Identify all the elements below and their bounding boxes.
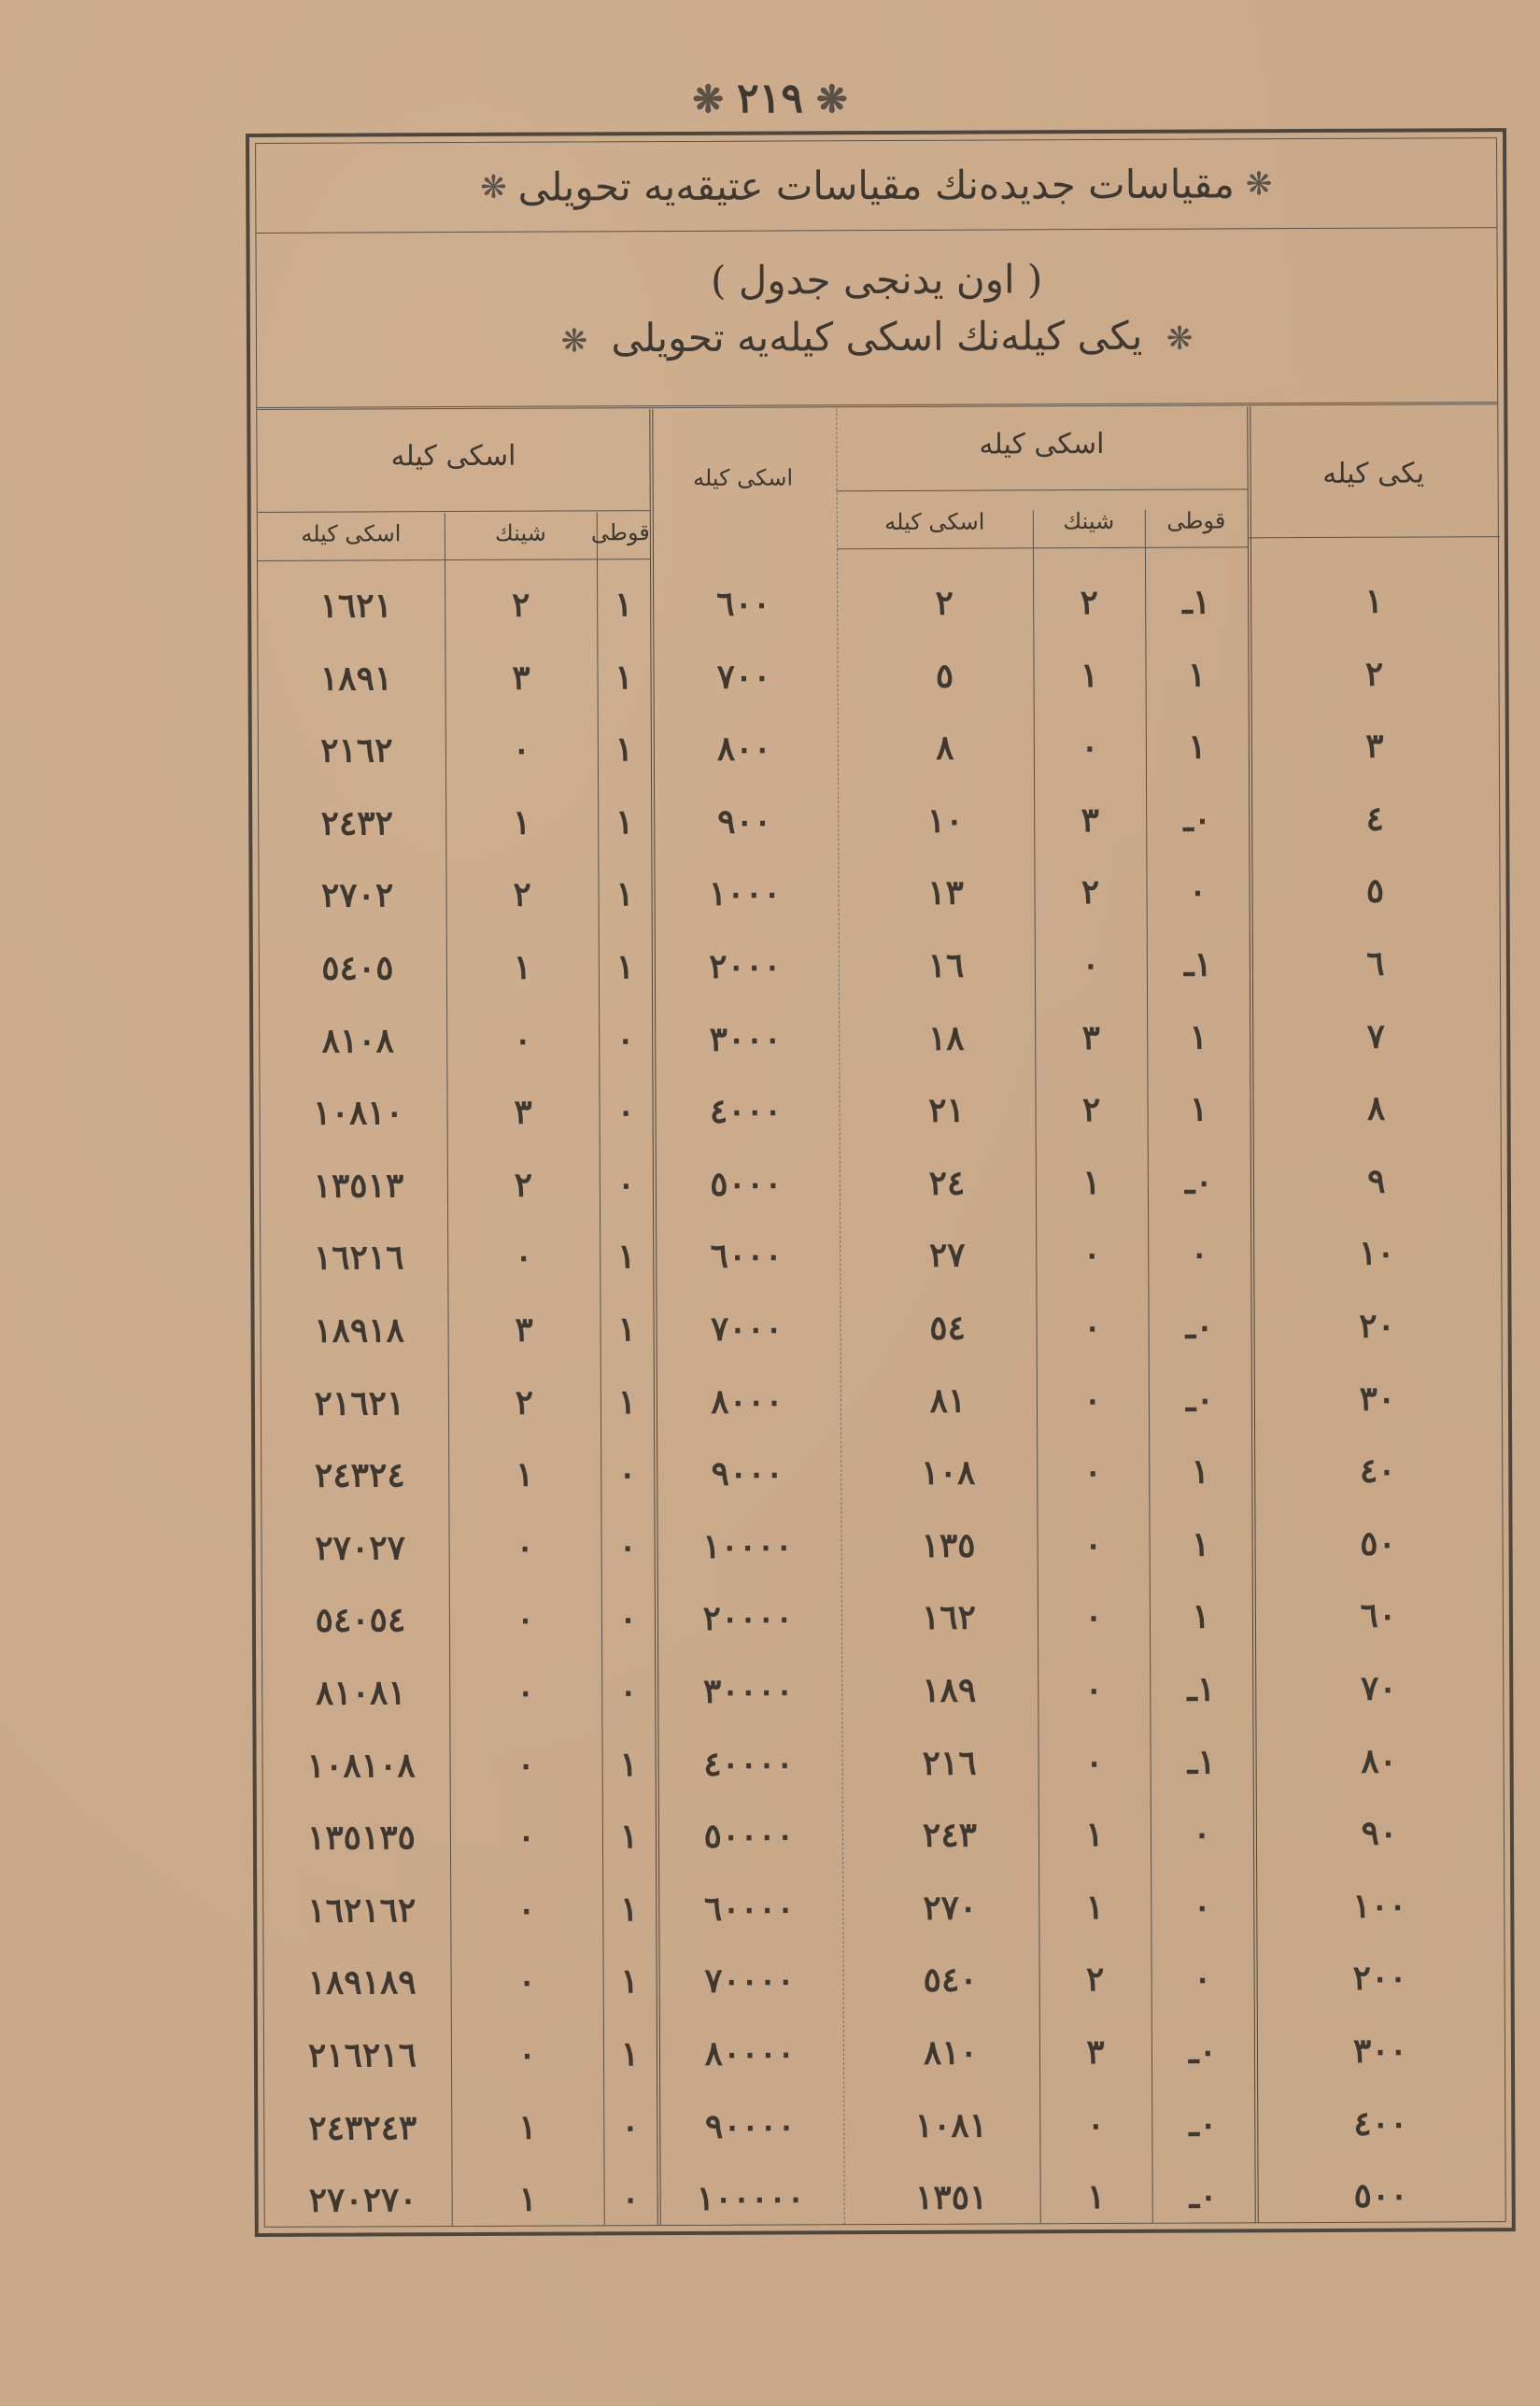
cell-yeni: ٣٠٠	[1273, 2014, 1488, 2088]
cell-eski: ٢١	[857, 1074, 1035, 1148]
cell-eski: ٢٤	[858, 1146, 1036, 1220]
cell-yeni: ٨	[1268, 1071, 1483, 1145]
cell-kutu: ٠ـ	[1148, 1290, 1250, 1363]
header-eski-kile-middle: اسکی کیله	[650, 464, 837, 491]
cell-yeni2: ٩٠٠	[660, 785, 828, 858]
cell-kutu: ١ـ	[1150, 1725, 1252, 1798]
header-kutu-right: قوطی	[1145, 507, 1248, 533]
cell-eski: ١٠	[856, 784, 1034, 857]
cell-kutu2: ١	[598, 858, 651, 931]
cell-yeni: ٥	[1267, 855, 1482, 928]
cell-sinik2: ١	[448, 1438, 600, 1512]
cell-eski: ٥٤٠	[861, 1944, 1038, 2017]
cell-yeni2: ٢٠٠٠	[661, 929, 829, 1003]
cell-sinik2: ٠	[449, 1655, 601, 1729]
header-eski-kile-right: اسکی کیله	[837, 508, 1033, 535]
cell-kutu2: ١	[602, 1800, 656, 1873]
cell-sinik: ١	[1033, 638, 1145, 712]
cell-sinik2: ٢	[445, 568, 597, 642]
cell-sinik2: ٠	[450, 1873, 602, 1946]
ornament-icon: ❋	[1166, 320, 1194, 358]
cell-kutu: ٠ـ	[1151, 2015, 1254, 2088]
cell-yeni2: ١٠٠٠٠	[663, 1509, 831, 1583]
cell-eski2: ٢١٦٢١٦	[274, 2018, 451, 2092]
cell-eski: ٨١٠	[862, 2016, 1039, 2089]
cell-yeni: ٤	[1267, 782, 1482, 856]
table-inner-border: ❋ مقیاسات جدیده‌نك مقیاسات عتیقه‌یه تحوی…	[255, 137, 1506, 2228]
cell-yeni2: ١٠٠٠	[660, 857, 828, 931]
cell-kutu: ٠	[1148, 1218, 1250, 1291]
cell-sinik: ٠	[1037, 1363, 1149, 1437]
cell-eski2: ٢٤٣٢٤٣	[274, 2091, 451, 2165]
ornament-icon: ❋	[1246, 165, 1273, 203]
cell-sinik: ٣	[1034, 784, 1146, 857]
cell-yeni2: ٤٠٠٠٠	[664, 1727, 832, 1801]
cell-eski: ٢٤٣	[861, 1799, 1038, 1873]
cell-sinik: ١	[1036, 1146, 1148, 1220]
cell-kutu2: ١	[602, 1873, 656, 1946]
cell-kutu2: ١	[598, 713, 651, 785]
cell-kutu: ١	[1147, 1073, 1250, 1146]
cell-sinik2: ٣	[447, 1293, 600, 1366]
cell-kutu2: ١	[599, 930, 652, 1003]
cell-kutu: ١	[1149, 1507, 1251, 1580]
cell-kutu: ١	[1145, 638, 1248, 711]
cell-yeni2: ٦٠٠٠	[662, 1220, 830, 1294]
cell-sinik: ٠	[1036, 1218, 1148, 1292]
cell-yeni2: ٨٠٠٠٠	[666, 2017, 834, 2090]
table-subtitle: ( اون یدنجی جدول )	[257, 254, 1497, 305]
cell-kutu: ١	[1147, 1000, 1250, 1073]
cell-sinik: ٠	[1035, 928, 1147, 1002]
cell-sinik2: ٣	[446, 1076, 599, 1150]
table-subtitle-band: ( اون یدنجی جدول ) ❋ یکی کیله‌نك اسکی کی…	[256, 228, 1497, 410]
cell-eski: ٨١	[859, 1364, 1037, 1437]
cell-yeni2: ١٠٠٠٠٠	[666, 2161, 834, 2235]
cell-yeni: ٣٠	[1270, 1362, 1485, 1436]
header-eski-kile-group-left: اسکی کیله	[257, 439, 649, 474]
cell-eski2: ٢٤٣٢٤	[271, 1438, 448, 1512]
cell-sinik: ٢	[1034, 856, 1146, 929]
cell-yeni2: ٧٠٠	[659, 640, 827, 714]
cell-eski2: ١٦٢١٦	[270, 1221, 447, 1295]
cell-sinik: ٠	[1036, 1291, 1148, 1365]
cell-eski: ١٨٩	[860, 1653, 1038, 1727]
header-yeni-kile: یکی کیله	[1248, 457, 1500, 490]
cell-sinik2: ٠	[445, 714, 598, 787]
cell-yeni2: ٩٠٠٠	[663, 1437, 831, 1510]
cell-eski: ١٦٢	[860, 1581, 1038, 1655]
cell-kutu: ٠	[1151, 1797, 1253, 1870]
cell-yeni: ٤٠	[1270, 1434, 1485, 1507]
cell-sinik2: ٠	[449, 1583, 601, 1657]
header-sinik-left: شینك	[445, 519, 597, 546]
cell-sinik2: ٠	[450, 1946, 602, 2019]
cell-sinik2: ١	[451, 2090, 603, 2164]
cell-kutu2: ٠	[601, 1655, 655, 1728]
cell-yeni: ٦	[1268, 927, 1483, 1000]
cell-yeni: ٢٠٠	[1272, 1942, 1487, 2016]
cell-kutu: ٠	[1151, 1870, 1253, 1943]
cell-sinik: ٠	[1037, 1508, 1149, 1582]
cell-yeni: ٢	[1266, 637, 1481, 711]
cell-eski2: ٢١٦٢١	[271, 1366, 448, 1440]
cell-eski2: ١٨٩١٨٩	[273, 1946, 450, 2019]
cell-yeni2: ٨٠٠	[660, 712, 828, 785]
cell-eski: ٥٤	[858, 1291, 1036, 1365]
cell-kutu: ١	[1149, 1436, 1251, 1508]
cell-eski2: ١٣٥١٣٥	[273, 1801, 450, 1875]
cell-eski2: ٢٧٠٢٧٠	[274, 2163, 451, 2237]
cell-yeni2: ٦٠٠٠٠	[665, 1872, 833, 1946]
cell-yeni2: ٧٠٠٠	[662, 1292, 830, 1366]
cell-kutu: ١ـ	[1145, 565, 1248, 638]
cell-sinik: ٢	[1035, 1073, 1147, 1147]
cell-yeni: ١	[1266, 564, 1481, 638]
cell-eski2: ٥٤٠٥٤	[272, 1583, 449, 1657]
ornament-icon: ❋	[561, 322, 588, 360]
cell-eski2: ١٠٨١٠	[269, 1076, 446, 1150]
cell-sinik: ١	[1038, 1871, 1151, 1945]
cell-kutu2: ١	[600, 1220, 653, 1293]
table-title-band: ❋ مقیاسات جدیده‌نك مقیاسات عتیقه‌یه تحوی…	[256, 138, 1496, 234]
header-sinik-right: شینك	[1033, 508, 1145, 535]
cell-eski2: ١٦٢١٦٢	[273, 1874, 450, 1947]
cell-kutu2: ١	[603, 2017, 657, 2090]
column-divider-wavy	[836, 408, 844, 2224]
cell-eski: ١٦	[857, 928, 1035, 1002]
cell-eski2: ١٨٩١	[267, 642, 445, 715]
cell-yeni: ١٠	[1269, 1217, 1484, 1291]
cell-yeni: ٩٠	[1272, 1796, 1487, 1870]
cell-yeni: ٢٠	[1269, 1289, 1484, 1363]
cell-yeni: ٤٠٠	[1273, 2087, 1488, 2160]
cell-kutu2: ١	[597, 641, 650, 714]
cell-eski2: ٢٧٠٢٧	[271, 1511, 448, 1585]
cell-yeni: ٧٠	[1271, 1651, 1486, 1725]
cell-eski2: ٢١٦٢	[268, 714, 445, 787]
cell-kutu2: ٠	[600, 1437, 654, 1510]
cell-kutu2: ٠	[600, 1510, 654, 1583]
cell-sinik2: ٢	[445, 858, 598, 932]
cell-kutu2: ٠	[599, 1003, 652, 1076]
conversion-table: ❋ مقیاسات جدیده‌نك مقیاسات عتیقه‌یه تحوی…	[246, 128, 1516, 2237]
cell-eski: ٢١٦	[860, 1726, 1038, 1800]
cell-eski2: ١٦٢١	[267, 569, 445, 643]
cell-kutu: ٠ـ	[1146, 783, 1249, 856]
cell-eski: ٥	[855, 639, 1033, 713]
cell-eski2: ١٨٩١٨	[270, 1294, 447, 1367]
cell-sinik2: ١	[445, 785, 598, 859]
cell-sinik2: ١	[446, 930, 599, 1004]
header-kutu-left: قوطی	[597, 519, 650, 545]
cell-sinik2: ٠	[451, 2017, 603, 2091]
cell-eski: ٨	[856, 712, 1034, 785]
cell-kutu: ٠	[1151, 1943, 1253, 2016]
cell-eski: ٢٧	[858, 1219, 1036, 1293]
cell-sinik2: ٠	[450, 1801, 602, 1875]
cell-eski2: ٨١٠٨	[269, 1004, 446, 1078]
cell-sinik2: ٠	[449, 1728, 601, 1802]
cell-sinik: ٣	[1039, 2016, 1151, 2089]
cell-kutu: ٠ـ	[1151, 2088, 1254, 2160]
cell-kutu2: ١	[602, 1945, 656, 2017]
cell-eski2: ١٣٥١٣	[270, 1149, 447, 1223]
cell-eski2: ٢٧٠٢	[268, 858, 445, 932]
cell-kutu: ١ـ	[1147, 927, 1250, 1000]
cell-kutu2: ٠	[601, 1582, 655, 1655]
cell-yeni2: ٥٠٠٠	[662, 1147, 830, 1221]
cell-kutu2: ١	[600, 1293, 653, 1366]
cell-sinik2: ٠	[448, 1510, 600, 1584]
cell-yeni: ٦٠	[1271, 1579, 1486, 1653]
cell-kutu2: ٠	[599, 1075, 652, 1148]
cell-eski: ١٣	[856, 856, 1034, 930]
cell-sinik2: ٣	[445, 641, 597, 715]
cell-yeni: ٥٠٠	[1273, 2158, 1488, 2232]
table-title: مقیاسات جدیده‌نك مقیاسات عتیقه‌یه تحویلی	[518, 161, 1235, 209]
cell-yeni: ٨٠	[1271, 1724, 1486, 1798]
cell-yeni2: ٥٠٠٠٠	[665, 1799, 833, 1873]
table-caption: یکی کیله‌نك اسکی کیله‌یه تحویلی	[611, 313, 1142, 361]
cell-eski: ١٣٥١	[862, 2160, 1039, 2234]
cell-eski: ١٨	[857, 1001, 1035, 1075]
cell-yeni2: ٢٠٠٠٠	[664, 1582, 832, 1656]
cell-kutu2: ١	[598, 785, 651, 858]
page-number: ❋٢١٩❋	[0, 75, 1540, 122]
cell-eski2: ١٠٨١٠٨	[272, 1729, 449, 1803]
cell-eski: ١٠٨١	[862, 2088, 1039, 2162]
header-divider	[258, 510, 650, 513]
cell-kutu2: ١	[597, 568, 650, 641]
cell-eski2: ٥٤٠٥	[269, 931, 446, 1005]
cell-yeni: ٥٠	[1270, 1507, 1485, 1580]
cell-sinik: ١	[1038, 1798, 1151, 1872]
ornament-icon: ❋	[816, 78, 848, 121]
cell-eski: ٢	[855, 566, 1033, 640]
cell-sinik: ٠	[1038, 1653, 1150, 1727]
header-bottom-divider	[1248, 536, 1500, 538]
cell-sinik2: ٠	[446, 1003, 599, 1077]
cell-yeni2: ٤٠٠٠	[661, 1074, 829, 1148]
cell-sinik: ٠	[1037, 1436, 1149, 1509]
cell-kutu2: ١	[600, 1366, 654, 1438]
cell-eski: ١٣٥	[859, 1508, 1037, 1582]
cell-yeni: ٣	[1267, 709, 1482, 783]
cell-kutu: ١ـ	[1150, 1652, 1252, 1725]
cell-eski2: ٨١٠٨١	[272, 1656, 449, 1730]
cell-yeni: ٩	[1269, 1144, 1484, 1218]
table-caption-line: ❋ یکی کیله‌نك اسکی کیله‌یه تحویلی ❋	[257, 311, 1497, 362]
page-number-text: ٢١٩	[737, 75, 803, 122]
cell-kutu: ٠ـ	[1149, 1363, 1251, 1436]
header-bottom-divider	[837, 546, 1248, 549]
ornament-icon: ❋	[480, 168, 507, 205]
cell-kutu2: ٠	[603, 2090, 657, 2163]
ornament-icon: ❋	[693, 78, 725, 121]
header-eski-kile-group-right: اسکی کیله	[836, 427, 1247, 461]
header-divider	[837, 488, 1248, 491]
cell-sinik: ١	[1039, 2160, 1151, 2234]
cell-kutu: ٠ـ	[1151, 2159, 1254, 2232]
cell-yeni2: ٧٠٠٠٠	[665, 1945, 833, 2018]
cell-yeni2: ٩٠٠٠٠	[666, 2089, 834, 2163]
header-eski-kile-left: اسکی کیله	[258, 520, 445, 547]
cell-kutu: ٠	[1146, 856, 1249, 928]
cell-kutu2: ٠	[603, 2162, 657, 2235]
cell-sinik2: ٠	[447, 1221, 600, 1295]
cell-kutu: ١	[1150, 1580, 1252, 1653]
cell-sinik2: ٢	[447, 1148, 600, 1222]
cell-sinik2: ٢	[448, 1366, 600, 1439]
cell-kutu: ٠ـ	[1148, 1145, 1250, 1218]
cell-yeni2: ٨٠٠٠	[663, 1365, 831, 1438]
cell-yeni2: ٣٠٠٠٠	[664, 1654, 832, 1728]
cell-yeni: ١٠٠	[1272, 1869, 1487, 1943]
cell-kutu2: ٠	[600, 1148, 653, 1221]
cell-yeni: ٧	[1268, 999, 1483, 1073]
cell-eski: ٢٧٠	[861, 1871, 1038, 1945]
cell-sinik: ٠	[1038, 1725, 1150, 1799]
cell-yeni2: ٦٠٠	[659, 567, 827, 641]
cell-sinik: ٠	[1038, 1580, 1150, 1654]
cell-kutu2: ١	[601, 1728, 655, 1801]
cell-sinik: ٢	[1033, 566, 1145, 640]
cell-kutu: ١	[1146, 711, 1249, 784]
cell-sinik: ٠	[1034, 711, 1146, 785]
cell-eski: ١٠٨	[859, 1437, 1037, 1510]
cell-sinik2: ١	[451, 2163, 603, 2237]
cell-yeni2: ٣٠٠٠	[661, 1002, 829, 1076]
cell-eski2: ٢٤٣٢	[268, 786, 445, 860]
table-grid: یکی کیله اسکی کیله قوطی شینك اسکی کیله ا…	[257, 405, 1505, 2227]
cell-sinik: ٣	[1035, 1000, 1147, 1074]
cell-sinik: ٠	[1039, 2088, 1151, 2161]
cell-sinik: ٢	[1038, 1943, 1151, 2017]
header-bottom-divider	[258, 559, 650, 561]
